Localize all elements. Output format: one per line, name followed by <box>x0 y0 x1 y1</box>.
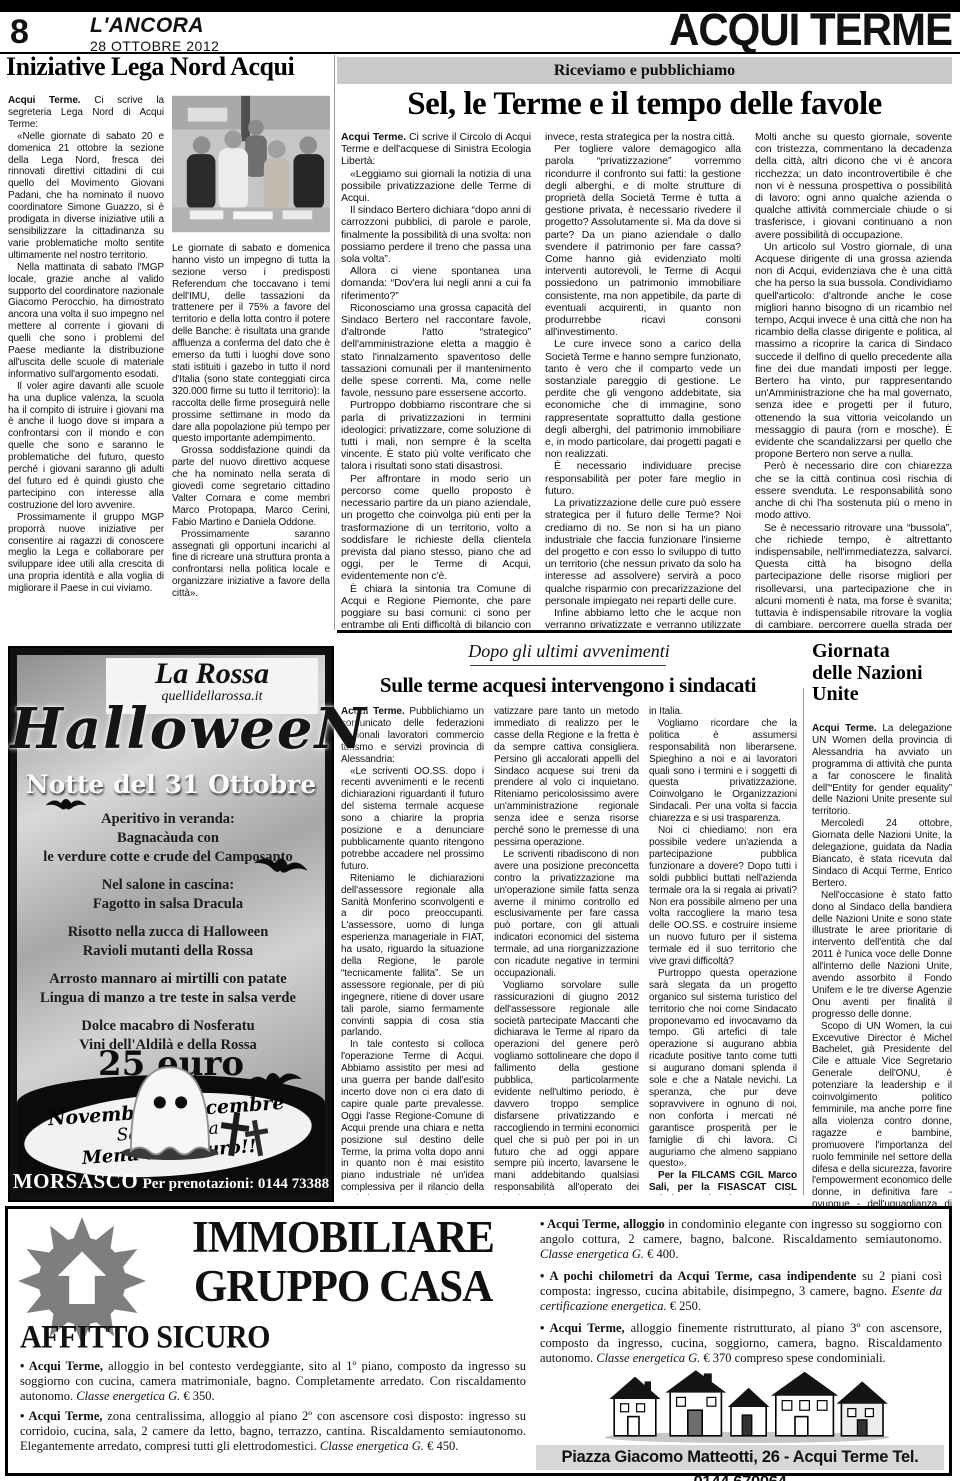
sindacati-column-2: vatizzare pare tanto un metodo immediato… <box>494 706 639 1195</box>
sel-paragraph: Allora ci viene spontanea una domanda: “… <box>341 265 531 302</box>
property-listing: • Acqui Terme, zona centralissima, allog… <box>20 1409 526 1454</box>
sel-article-title: Sel, le Terme e il tempo delle favole <box>337 88 952 121</box>
listing-energy-class: Classe energetica G. <box>540 1247 644 1261</box>
sindacati-kicker-rule <box>470 665 666 666</box>
houses-illustration <box>564 1367 930 1443</box>
sel-paragraph: Le cure invece sono a carico della Socie… <box>545 338 741 460</box>
sel-lead: Acqui Terme. <box>341 131 406 143</box>
article-lega-paragraph: «Nelle giornate di sabato 20 e domenica … <box>8 131 164 262</box>
menu-line: Nel salone in cascina: <box>16 876 320 895</box>
sindacati-paragraph: «Le scriventi OO.SS. dopo i recenti avve… <box>341 766 484 873</box>
sel-paragraph: Il sindaco Bertero dichiara “dopo anni d… <box>341 204 531 265</box>
sindacati-kicker: Dopo gli ultimi avvenimenti <box>341 641 797 662</box>
article-lega-paragraph: Grossa soddisfazione quindi da parte del… <box>172 445 330 528</box>
sel-kicker-banner: Riceviamo e pubblichiamo <box>337 57 952 84</box>
listing-price: € 450. <box>424 1439 458 1453</box>
sel-column-2: invece, resta strategica per la nostra c… <box>545 131 741 628</box>
column-divider <box>803 688 804 1195</box>
onu-title-line: Giornata <box>812 641 954 663</box>
onu-title-line: Unite <box>812 684 954 706</box>
larossa-footer: MORSASCO Per prenotazioni: 0144 73388 <box>10 1169 332 1194</box>
menu-line: Bagnacàuda con <box>16 829 320 848</box>
sindacati-column-1: Acqui Terme. Pubblichiamo un comunicato … <box>341 706 484 1195</box>
article-lega-paragraph: Prossimamente il gruppo MGP proporrà nuo… <box>8 512 164 595</box>
onu-paragraph: Nell'occasione è stato fatto dono al Sin… <box>812 890 952 1021</box>
article-lega-column-1: Acqui Terme. Ci scrive la segreteria Leg… <box>8 95 164 644</box>
onu-title-line: delle Nazioni <box>812 663 954 685</box>
article-lega-paragraph: Le giornate di sabato e domenica hanno v… <box>172 243 330 445</box>
immobiliare-name: IMMOBILIARE GRUPPO CASA <box>154 1213 532 1312</box>
listing-lead: • Acqui Terme, alloggio <box>540 1217 665 1231</box>
listing-lead: • A pochi chilometri da Acqui Terme, cas… <box>540 1269 856 1283</box>
article-lega-paragraph: Nella mattinata di sabato l'MGP locale, … <box>8 262 164 381</box>
newspaper-page: 8 L'ANCORA 28 OTTOBRE 2012 ACQUI TERME I… <box>0 0 960 1481</box>
sindacati-paragraph: vatizzare pare tanto un metodo immediato… <box>494 706 639 849</box>
sindacati-paragraph: In tale contesto si colloca l'operazione… <box>341 1039 484 1195</box>
sel-paragraph: Purtroppo dobbiamo riscontrare che si pa… <box>341 399 531 472</box>
sel-paragraph: È necessario individuare precise respons… <box>545 460 741 497</box>
menu-line: Arrosto mannaro ai mirtilli con patate <box>16 970 320 989</box>
article-lega-title: Iniziative Lega Nord Acqui <box>6 54 333 80</box>
sel-paragraph: La privatizzazione delle cure può essere… <box>545 497 741 607</box>
sel-paragraph: È chiara la sintonia tra Comune di Acqui… <box>341 583 531 628</box>
sel-paragraph: invece, resta strategica per la nostra c… <box>545 131 741 143</box>
halloween-title: HalloweeN <box>10 696 332 762</box>
page-number: 8 <box>10 15 29 49</box>
lega-nord-group-photo <box>172 95 330 233</box>
onu-intro: La delegazione UN Women della provincia … <box>812 723 952 817</box>
sindacati-paragraph: Noi ci chiediamo: non era possibile vede… <box>649 825 797 968</box>
sindacati-paragraph: Purtroppo questa operazione sarà slegata… <box>649 968 797 1170</box>
sindacati-column-3: in Italia. Vogliamo ricordare che la pol… <box>649 706 797 1195</box>
listing-energy-class: Classe energetica G. <box>320 1439 424 1453</box>
property-listing: • Acqui Terme, alloggio finemente ristru… <box>540 1321 942 1366</box>
sel-paragraph: Infine abbiamo letto che le acque non ve… <box>545 607 741 628</box>
sel-paragraph: Riconosciamo una grossa capacità del Sin… <box>341 302 531 400</box>
section-divider-rule <box>337 630 952 633</box>
sel-paragraph: Però è necessario dire con chiarezza che… <box>755 460 952 521</box>
sindacati-signature: Per la FILCAMS CGIL Marco Sali, per la F… <box>649 1170 797 1195</box>
property-listing: • Acqui Terme, alloggio in condominio el… <box>540 1217 942 1262</box>
listing-lead: • Acqui Terme, <box>540 1321 625 1335</box>
sel-paragraph: Un articolo sul Vostro giornale, di una … <box>755 241 952 461</box>
property-listing: • Acqui Terme, alloggio in bel contesto … <box>20 1359 526 1404</box>
sel-paragraph: Se è necessario ritrovare una “bussola”,… <box>755 522 952 629</box>
sel-paragraph: Molti anche su questo giornale, sovente … <box>755 131 952 241</box>
newspaper-name: L'ANCORA <box>90 14 204 38</box>
listing-price: € 350. <box>180 1389 214 1403</box>
sindacati-paragraph: in Italia. <box>649 706 797 718</box>
sindacati-paragraph: Le scriventi ribadiscono di non avere un… <box>494 849 639 980</box>
listing-lead: • Acqui Terme, <box>20 1409 103 1423</box>
article-lega-lead: Acqui Terme. <box>8 95 80 106</box>
immobiliare-address-bar: Piazza Giacomo Matteotti, 26 - Acqui Ter… <box>536 1445 944 1470</box>
immobiliare-name-line: GRUPPO CASA <box>154 1262 532 1311</box>
article-lega-column-2: Le giornate di sabato e domenica hanno v… <box>172 95 330 644</box>
sindacati-title: Sulle terme acquesi intervengono i sinda… <box>337 673 799 698</box>
onu-lead: Acqui Terme. <box>812 723 877 734</box>
listing-energy-class: Classe energetica G. <box>76 1389 180 1403</box>
sindacati-paragraph: Vogliamo sorvolare sulle rassicurazioni … <box>494 980 639 1195</box>
larossa-halloween-ad: La Rossa quellidellarossa.it HalloweeN N… <box>8 646 334 1202</box>
menu-line: Lingua di manzo a tre teste in salsa ver… <box>16 989 320 1008</box>
column-divider <box>334 55 335 630</box>
larossa-location: MORSASCO <box>13 1169 138 1193</box>
listing-price: € 400. <box>644 1247 678 1261</box>
sel-paragraph: Per affrontare in modo serio un percorso… <box>341 473 531 583</box>
immobiliare-name-line: IMMOBILIARE <box>154 1213 532 1262</box>
listing-price: € 370 compreso spese condominiali. <box>700 1351 885 1365</box>
sel-paragraph: Per togliere valore demagogico alla paro… <box>545 143 741 338</box>
menu-line: Fagotto in salsa Dracula <box>16 895 320 914</box>
sel-paragraph: «Leggiamo sui giornali la notizia di una… <box>341 168 531 205</box>
listing-energy-class: Classe energetica G. <box>596 1351 700 1365</box>
sindacati-paragraph: Vogliamo ricordare che la politica è ass… <box>649 718 797 825</box>
sel-column-1: Acqui Terme. Ci scrive il Circolo di Acq… <box>341 131 531 628</box>
larossa-booking-phone: Per prenotazioni: 0144 73388 <box>143 1176 330 1192</box>
article-lega-paragraph: Prossimamente saranno assegnati gli oppo… <box>172 529 330 600</box>
sel-column-3: Molti anche su questo giornale, sovente … <box>755 131 952 628</box>
sindacati-paragraph: Riteniamo le dichiarazioni dell'assessor… <box>341 873 484 1040</box>
onu-title: Giornata delle Nazioni Unite <box>812 641 954 706</box>
onu-paragraph: Mercoledì 24 ottobre, Giornata delle Naz… <box>812 818 952 889</box>
menu-line: Ravioli mutanti della Rossa <box>16 942 320 961</box>
larossa-brand-name: La Rossa <box>106 658 318 690</box>
menu-line: Risotto nella zucca di Halloween <box>16 923 320 942</box>
affitto-sicuro-heading: AFFITTO SICURO <box>20 1319 270 1356</box>
immobiliare-gruppo-casa-ad: IMMOBILIARE GRUPPO CASA AFFITTO SICURO •… <box>5 1206 952 1476</box>
halloween-menu: Aperitivo in veranda: Bagnacàuda con le … <box>16 810 320 1055</box>
section-title: ACQUI TERME <box>669 4 952 56</box>
property-listing: • A pochi chilometri da Acqui Terme, cas… <box>540 1269 942 1314</box>
listing-lead: • Acqui Terme, <box>20 1359 103 1373</box>
menu-line: Dolce macabro di Nosferatu <box>16 1017 320 1036</box>
article-lega-paragraph: Il voler agire davanti alle scuole ha un… <box>8 381 164 512</box>
ghost-icon <box>114 1056 226 1160</box>
listing-price: € 250. <box>667 1299 701 1313</box>
bat-icon <box>44 794 88 814</box>
